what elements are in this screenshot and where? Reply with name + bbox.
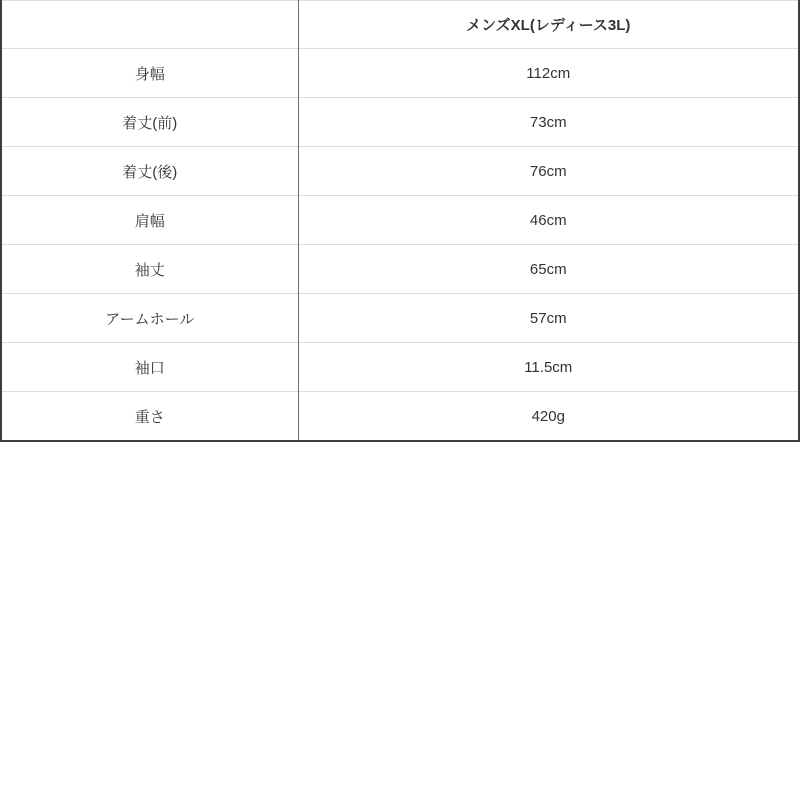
measurement-value: 11.5cm <box>298 343 799 392</box>
measurement-value: 420g <box>298 392 799 442</box>
measurement-value: 112cm <box>298 49 799 98</box>
measurement-label: 肩幅 <box>1 196 298 245</box>
size-chart-corner-cell <box>1 1 298 49</box>
measurement-label: 袖口 <box>1 343 298 392</box>
measurement-label: 袖丈 <box>1 245 298 294</box>
measurement-label: 着丈(前) <box>1 98 298 147</box>
measurement-value: 57cm <box>298 294 799 343</box>
measurement-label: 身幅 <box>1 49 298 98</box>
table-row-sleeve-length: 袖丈 65cm <box>1 245 799 294</box>
table-row-length-front: 着丈(前) 73cm <box>1 98 799 147</box>
size-chart-header-row: メンズXL(レディース3L) <box>1 1 799 49</box>
measurement-label: アームホール <box>1 294 298 343</box>
measurement-value: 73cm <box>298 98 799 147</box>
measurement-value: 76cm <box>298 147 799 196</box>
table-row-weight: 重さ 420g <box>1 392 799 442</box>
measurement-value: 65cm <box>298 245 799 294</box>
size-column-header: メンズXL(レディース3L) <box>298 1 799 49</box>
measurement-value: 46cm <box>298 196 799 245</box>
table-row-body-width: 身幅 112cm <box>1 49 799 98</box>
table-row-shoulder-width: 肩幅 46cm <box>1 196 799 245</box>
table-row-cuff: 袖口 11.5cm <box>1 343 799 392</box>
size-chart-table: メンズXL(レディース3L) 身幅 112cm 着丈(前) 73cm 着丈(後)… <box>0 0 800 442</box>
table-row-armhole: アームホール 57cm <box>1 294 799 343</box>
measurement-label: 着丈(後) <box>1 147 298 196</box>
measurement-label: 重さ <box>1 392 298 442</box>
table-row-length-back: 着丈(後) 76cm <box>1 147 799 196</box>
